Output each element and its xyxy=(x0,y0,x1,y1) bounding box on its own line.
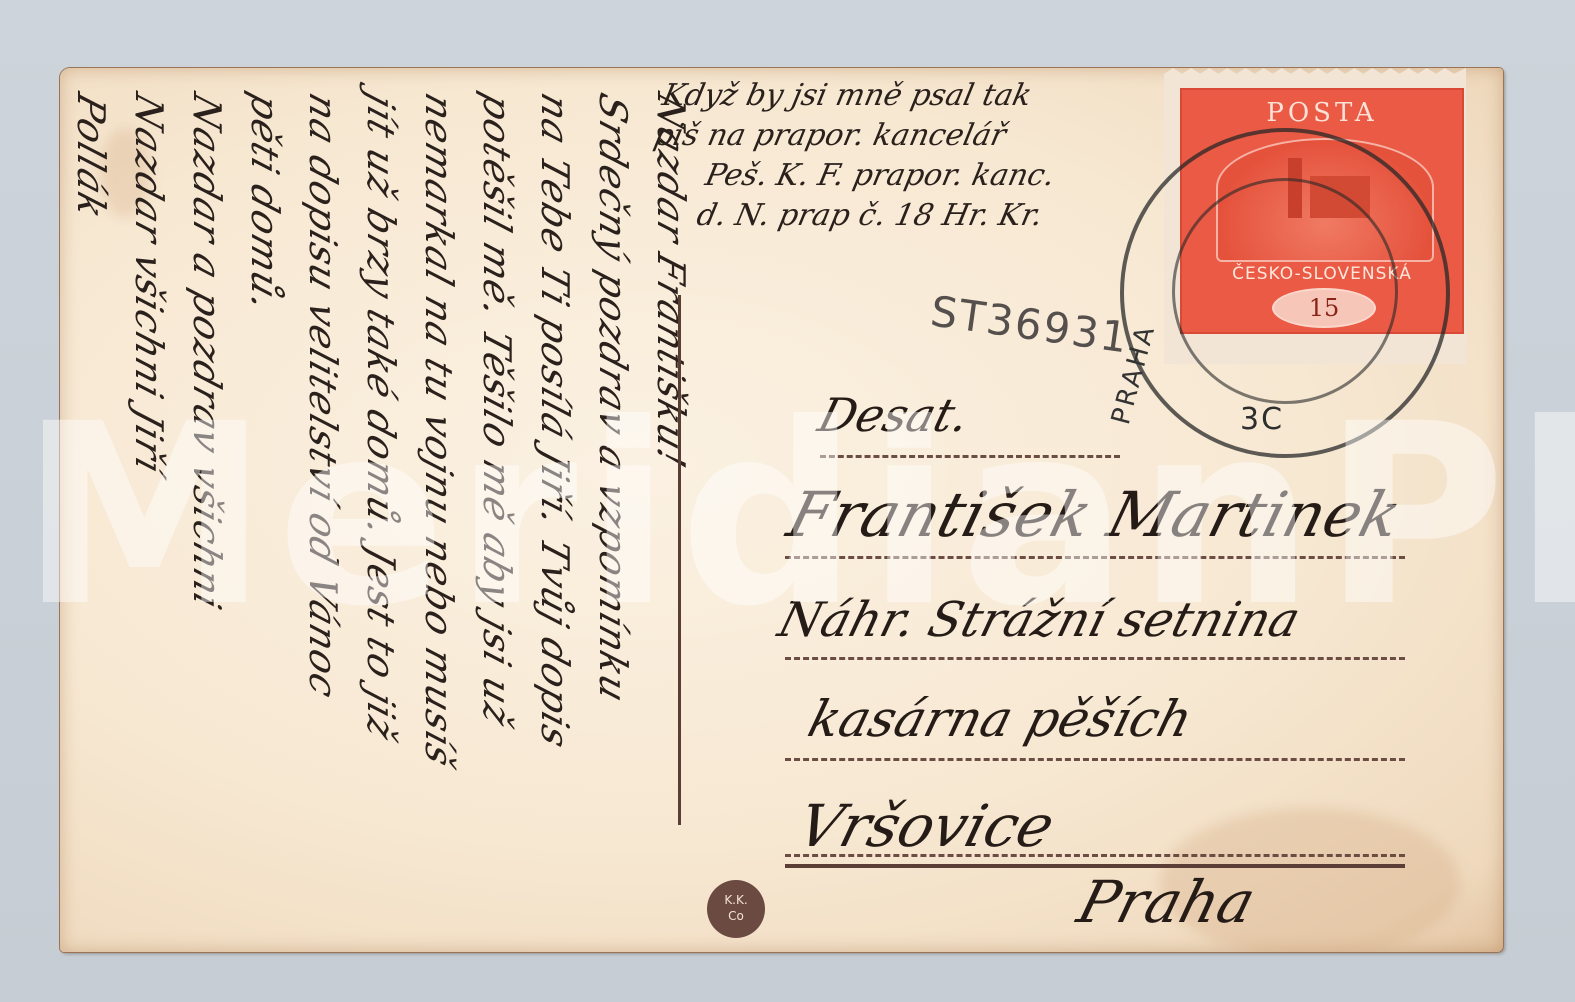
postmark-inner-ring xyxy=(1172,178,1398,404)
publisher-logo-line1: K.K. xyxy=(707,892,765,908)
note-line: d. N. prap č. 18 Hr. Kr. xyxy=(633,196,1142,236)
address-rule xyxy=(785,854,1405,857)
postmark-code: 3C xyxy=(1240,402,1284,437)
stamp-title: POSTA xyxy=(1182,98,1462,128)
address-unit: Náhr. Strážní setnina xyxy=(772,592,1305,648)
message-line: na Tebe Ti posílá Jiří. Tvůj dopis xyxy=(526,86,584,925)
message-line: na dopisu velitelství od Vánoc xyxy=(294,86,352,925)
address-rule xyxy=(785,556,1405,559)
note-line: Když by jsi mně psal tak xyxy=(659,76,1168,116)
message-line: potěšil mě. Těšilo mě aby jsi už xyxy=(468,86,526,925)
address-barracks: kasárna pěších xyxy=(802,690,1198,748)
signature: Pollák xyxy=(62,86,120,925)
center-divider xyxy=(678,295,681,825)
message-line: jít už brzy také domů. Jest to již xyxy=(352,86,410,925)
address-rule xyxy=(820,455,1120,458)
message-line: Srdečný pozdrav a vzpomínku xyxy=(584,86,642,925)
top-note: Když by jsi mně psal tak piš na prapor. … xyxy=(633,76,1167,236)
message-line: pěti domů. xyxy=(236,86,294,925)
publisher-logo: K.K. Co xyxy=(707,880,765,938)
address-name: František Martinek xyxy=(780,478,1409,551)
address-rule xyxy=(785,657,1405,660)
note-line: Peš. K. F. prapor. kanc. xyxy=(641,156,1150,196)
message-line: Nazdar všichni Jiří xyxy=(120,86,178,925)
note-line: piš na prapor. kancelář xyxy=(650,116,1159,156)
publisher-logo-line2: Co xyxy=(707,908,765,924)
address-district: Vršovice xyxy=(791,792,1062,860)
message-line: nemarkal na tu vojnu nebo musíš xyxy=(410,86,468,925)
address-city: Praha xyxy=(1071,868,1262,936)
address-rule xyxy=(785,758,1405,761)
address-rank: Desat. xyxy=(813,388,976,442)
message-line: Nazdar a pozdrav všichni xyxy=(178,86,236,925)
message-block: Nazdar Františku! Srdečný pozdrav a vzpo… xyxy=(60,95,700,915)
